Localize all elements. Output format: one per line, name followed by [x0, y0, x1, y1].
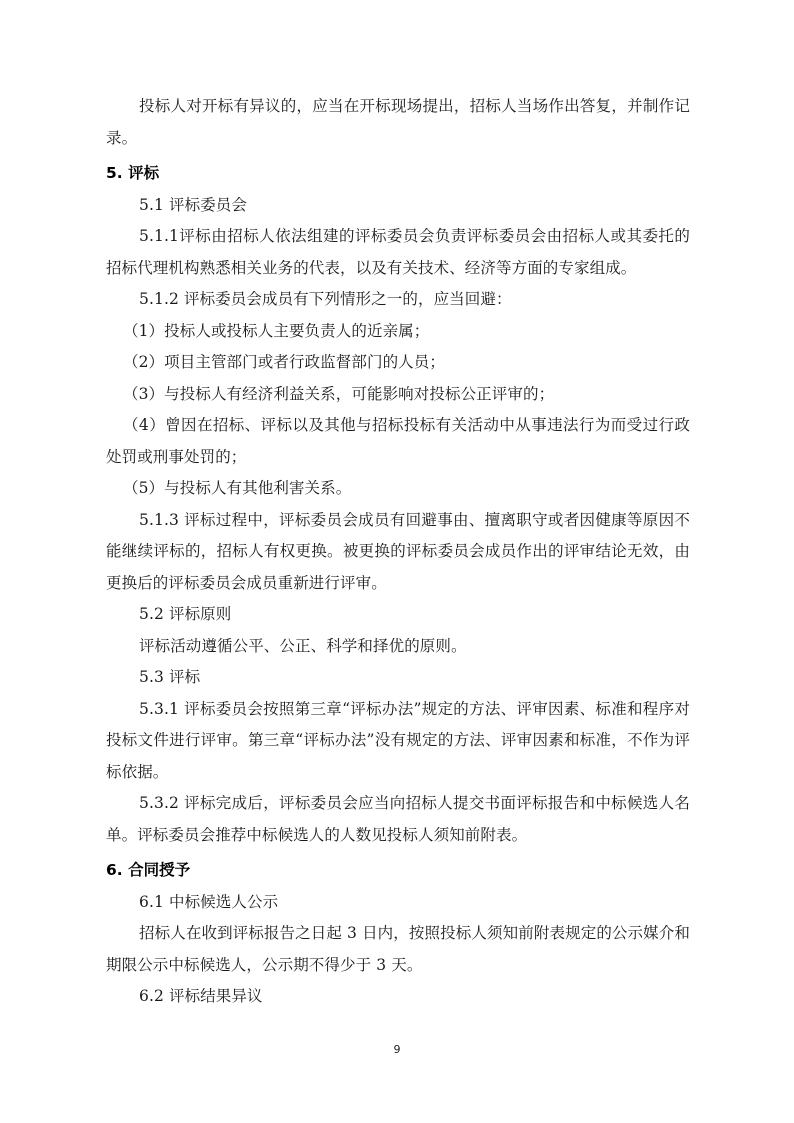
paragraph-5-2: 评标活动遵循公平、公正、科学和择优的原则。 — [106, 631, 690, 663]
section-heading-6: 6. 合同授予 — [106, 851, 690, 887]
document-page: 投标人对开标有异议的，应当在开标现场提出，招标人当场作出答复，并制作记录。 5.… — [106, 91, 690, 1013]
page-number: 9 — [0, 1043, 794, 1056]
paragraph-5-1-1: 5.1.1评标由招标人依法组建的评标委员会负责评标委员会由招标人或其委托的招标代… — [106, 221, 690, 284]
subsection-6-2-title: 6.2 评标结果异议 — [106, 981, 690, 1013]
paragraph-5-3-2: 5.3.2 评标完成后，评标委员会应当向招标人提交书面评标报告和中标候选人名单。… — [106, 788, 690, 851]
subsection-5-3-title: 5.3 评标 — [106, 662, 690, 694]
list-item-4: （4）曾因在招标、评标以及其他与招标投标有关活动中从事违法行为而受过行政处罚或刑… — [106, 410, 690, 473]
subsection-5-1-title: 5.1 评标委员会 — [106, 190, 690, 222]
subsection-5-2-title: 5.2 评标原则 — [106, 599, 690, 631]
list-item-1: （1）投标人或投标人主要负责人的近亲属； — [106, 316, 690, 348]
paragraph-opening-objection: 投标人对开标有异议的，应当在开标现场提出，招标人当场作出答复，并制作记录。 — [106, 91, 690, 154]
paragraph-5-1-3: 5.1.3 评标过程中，评标委员会成员有回避事由、擅离职守或者因健康等原因不能继… — [106, 505, 690, 600]
paragraph-6-1: 招标人在收到评标报告之日起 3 日内，按照投标人须知前附表规定的公示媒介和期限公… — [106, 918, 690, 981]
list-item-2: （2）项目主管部门或者行政监督部门的人员； — [106, 347, 690, 379]
list-item-3: （3）与投标人有经济利益关系，可能影响对投标公正评审的； — [106, 379, 690, 411]
list-item-5: （5）与投标人有其他利害关系。 — [106, 473, 690, 505]
section-heading-5: 5. 评标 — [106, 154, 690, 190]
subsection-6-1-title: 6.1 中标候选人公示 — [106, 887, 690, 919]
paragraph-5-1-2: 5.1.2 评标委员会成员有下列情形之一的，应当回避： — [106, 284, 690, 316]
paragraph-5-3-1: 5.3.1 评标委员会按照第三章“评标办法”规定的方法、评审因素、标准和程序对投… — [106, 694, 690, 789]
